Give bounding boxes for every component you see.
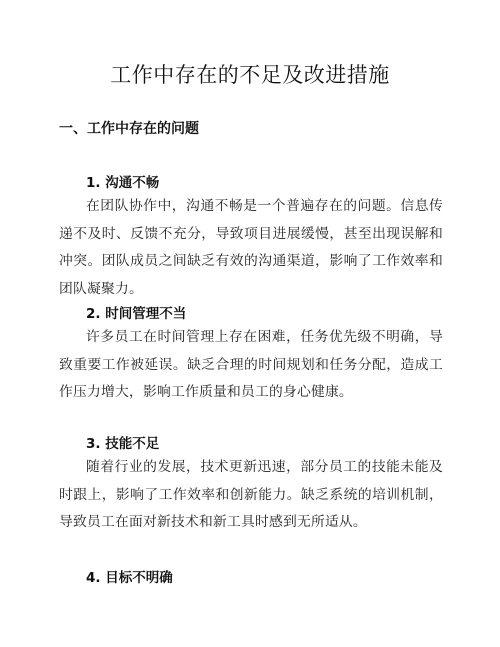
subheading-time-management: 2. 时间管理不当 [86, 302, 186, 322]
document-title: 工作中存在的不足及改进措施 [0, 59, 500, 89]
paragraph-skills: 随着行业的发展，技术更新迅速，部分员工的技能未能及时跟上，影响了工作效率和创新能… [59, 454, 443, 537]
subheading-skills: 3. 技能不足 [86, 432, 159, 452]
paragraph-communication: 在团队协作中，沟通不畅是一个普遍存在的问题。信息传递不及时、反馈不充分，导致项目… [59, 193, 443, 303]
document-page: 工作中存在的不足及改进措施 一、工作中存在的问题 1. 沟通不畅 在团队协作中，… [0, 0, 500, 647]
subheading-communication: 1. 沟通不畅 [86, 171, 159, 191]
paragraph-time-management: 许多员工在时间管理上存在困难，任务优先级不明确，导致重要工作被延误。缺乏合理的时… [59, 324, 443, 407]
section-heading: 一、工作中存在的问题 [59, 118, 199, 138]
subheading-goals: 4. 目标不明确 [86, 566, 173, 586]
